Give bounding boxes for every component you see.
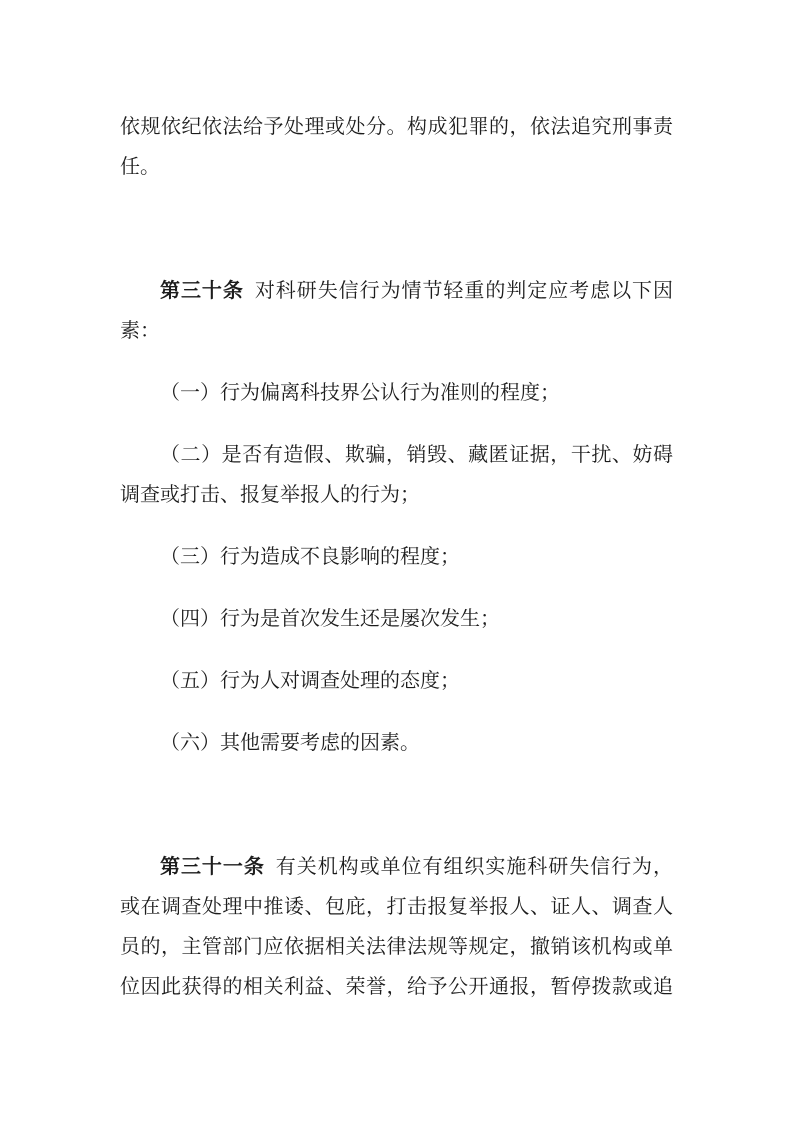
document-page: 依规依纪依法给予处理或处分。构成犯罪的，依法追究刑事责 任。 第三十条对科研失信…	[0, 0, 793, 1122]
text-line: （五）行为人对调查处理的态度；	[120, 661, 673, 701]
list-item-6: （六）其他需要考虑的因素。	[120, 723, 673, 763]
article-31-text: 有关机构或单位有组织实施科研失信行为，	[276, 856, 673, 878]
text-line: （四）行为是首次发生还是屡次发生；	[120, 599, 673, 639]
text-line: （二）是否有造假、欺骗，销毁、藏匿证据，干扰、妨碍	[120, 435, 673, 475]
list-item-1: （一）行为偏离科技界公认行为准则的程度；	[120, 373, 673, 413]
text-line: （六）其他需要考虑的因素。	[120, 723, 673, 763]
text-line: 位因此获得的相关利益、荣誉，给予公开通报，暂停拨款或追	[120, 967, 673, 1007]
article-30-paragraph: 第三十条对科研失信行为情节轻重的判定应考虑以下因 素：	[120, 271, 673, 351]
article-30-number: 第三十条	[160, 280, 244, 302]
text-line: （三）行为造成不良影响的程度；	[120, 537, 673, 577]
text-line: 员的，主管部门应依据相关法律法规等规定，撤销该机构或单	[120, 927, 673, 967]
text-line: 依规依纪依法给予处理或处分。构成犯罪的，依法追究刑事责	[120, 107, 673, 147]
article-31-number: 第三十一条	[160, 856, 265, 878]
text-line: 第三十条对科研失信行为情节轻重的判定应考虑以下因	[120, 271, 673, 311]
list-item-3: （三）行为造成不良影响的程度；	[120, 537, 673, 577]
list-item-5: （五）行为人对调查处理的态度；	[120, 661, 673, 701]
article-31-paragraph: 第三十一条有关机构或单位有组织实施科研失信行为， 或在调查处理中推诿、包庇，打击…	[120, 847, 673, 1007]
text-line: （一）行为偏离科技界公认行为准则的程度；	[120, 373, 673, 413]
text-line: 或在调查处理中推诿、包庇，打击报复举报人、证人、调查人	[120, 887, 673, 927]
article-30-text: 对科研失信行为情节轻重的判定应考虑以下因	[255, 280, 673, 302]
text-line: 素：	[120, 311, 673, 351]
intro-paragraph: 依规依纪依法给予处理或处分。构成犯罪的，依法追究刑事责 任。	[120, 107, 673, 187]
blank-line	[120, 785, 673, 825]
text-line: 任。	[120, 147, 673, 187]
list-item-2: （二）是否有造假、欺骗，销毁、藏匿证据，干扰、妨碍 调查或打击、报复举报人的行为…	[120, 435, 673, 515]
text-line: 调查或打击、报复举报人的行为；	[120, 475, 673, 515]
list-item-4: （四）行为是首次发生还是屡次发生；	[120, 599, 673, 639]
text-line: 第三十一条有关机构或单位有组织实施科研失信行为，	[120, 847, 673, 887]
blank-line	[120, 209, 673, 249]
